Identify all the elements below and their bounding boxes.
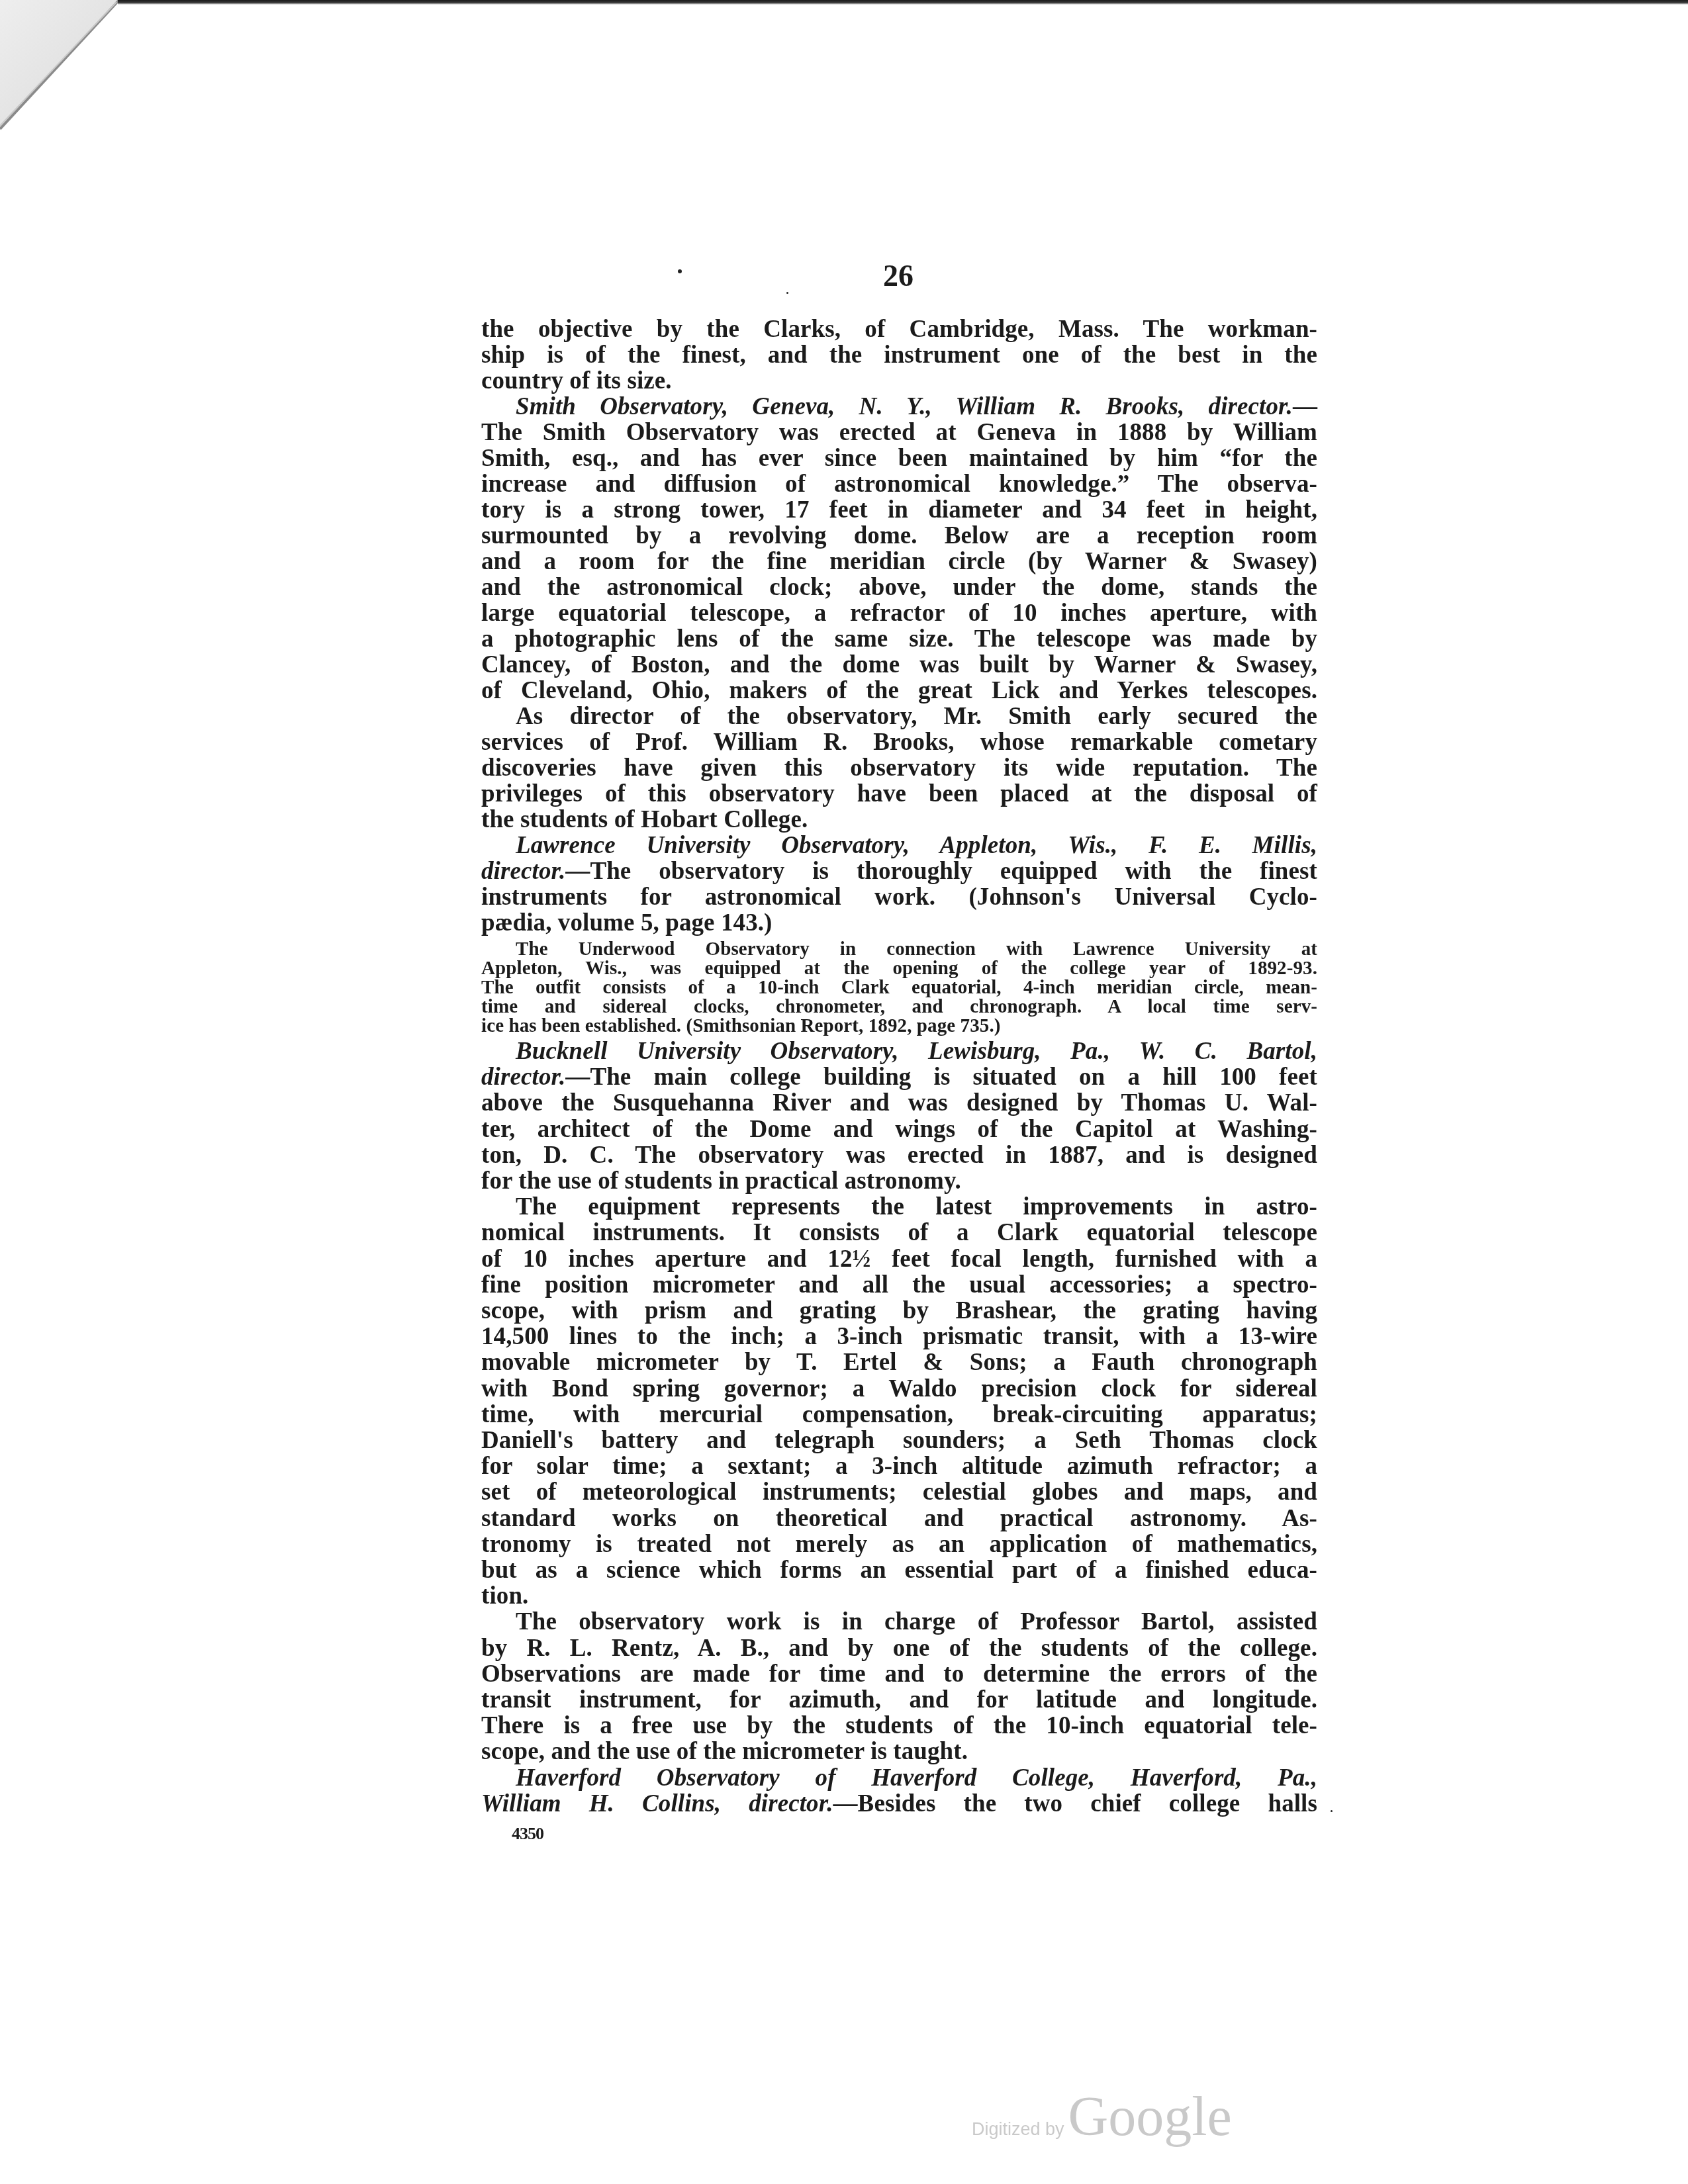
line-text: standard works on theoretical and practi… bbox=[481, 1505, 1317, 1532]
text-line: director.—The main college building is s… bbox=[481, 1064, 1317, 1090]
line-text: nomical instruments. It consists of a Cl… bbox=[481, 1219, 1317, 1246]
text-line: surmounted by a revolving dome. Below ar… bbox=[481, 523, 1317, 549]
text-line: The outfit consists of a 10-inch Clark e… bbox=[481, 978, 1317, 997]
line-text: increase and diffusion of astronomical k… bbox=[481, 471, 1317, 498]
line-text: movable micrometer by T. Ertel & Sons; a… bbox=[481, 1349, 1317, 1376]
line-text: The observatory work is in charge of Pro… bbox=[516, 1608, 1317, 1635]
line-text: tory is a strong tower, 17 feet in diame… bbox=[481, 496, 1317, 523]
line-text: and the astronomical clock; above, under… bbox=[481, 574, 1317, 601]
text-line: the students of Hobart College. bbox=[481, 807, 1317, 833]
google-logo-text: Google bbox=[1068, 2086, 1232, 2148]
line-text: the objective by the Clarks, of Cambridg… bbox=[481, 316, 1317, 343]
line-text: ice has been established. (Smithsonian R… bbox=[481, 1015, 1001, 1036]
text-line: and a room for the fine meridian circle … bbox=[481, 549, 1317, 574]
line-text: Daniell's battery and telegraph sounders… bbox=[481, 1427, 1317, 1454]
text-line: ter, architect of the Dome and wings of … bbox=[481, 1116, 1317, 1142]
line-text: Smith, esq., and has ever since been mai… bbox=[481, 445, 1317, 472]
text-line: Appleton, Wis., was equipped at the open… bbox=[481, 959, 1317, 978]
italic-heading: Lawrence University Observatory, Appleto… bbox=[516, 832, 1317, 859]
line-text: 14,500 lines to the inch; a 3-inch prism… bbox=[481, 1323, 1317, 1350]
line-text: large equatorial telescope, a refractor … bbox=[481, 600, 1317, 627]
digitized-by-google-watermark: Digitized byGoogle bbox=[972, 2085, 1232, 2149]
text-line: There is a free use by the students of t… bbox=[481, 1713, 1317, 1739]
text-line: ton, D. C. The observatory was erected i… bbox=[481, 1142, 1317, 1168]
text-line: Smith, esq., and has ever since been mai… bbox=[481, 445, 1317, 471]
text-line: above the Susquehanna River and was desi… bbox=[481, 1090, 1317, 1116]
text-line: Lawrence University Observatory, Appleto… bbox=[516, 833, 1317, 858]
text-line: time, with mercurial compensation, break… bbox=[481, 1402, 1317, 1428]
scan-speck bbox=[1331, 1810, 1333, 1812]
scan-speck bbox=[786, 292, 788, 294]
line-text: and a room for the fine meridian circle … bbox=[481, 548, 1317, 575]
page-number: 26 bbox=[883, 258, 914, 293]
line-text: There is a free use by the students of t… bbox=[481, 1712, 1317, 1739]
italic-heading: director. bbox=[481, 858, 565, 885]
text-line: services of Prof. William R. Brooks, who… bbox=[481, 729, 1317, 755]
text-line: ship is of the finest, and the instrumen… bbox=[481, 342, 1317, 368]
text-line: transit instrument, for azimuth, and for… bbox=[481, 1687, 1317, 1713]
line-text: but as a science which forms an essentia… bbox=[481, 1557, 1317, 1584]
line-text: ter, architect of the Dome and wings of … bbox=[481, 1116, 1317, 1143]
text-line: ice has been established. (Smithsonian R… bbox=[481, 1017, 1317, 1036]
line-text: Clancey, of Boston, and the dome was bui… bbox=[481, 651, 1317, 678]
text-line: movable micrometer by T. Ertel & Sons; a… bbox=[481, 1349, 1317, 1375]
text-line: instruments for astronomical work. (John… bbox=[481, 884, 1317, 910]
line-text: The Underwood Observatory in connection … bbox=[516, 938, 1317, 960]
line-text: — bbox=[1293, 393, 1317, 420]
text-line: The Underwood Observatory in connection … bbox=[516, 940, 1317, 959]
line-text: scope, with prism and grating by Brashea… bbox=[481, 1297, 1317, 1324]
text-line: Smith Observatory, Geneva, N. Y., Willia… bbox=[516, 394, 1317, 420]
text-line: by R. L. Rentz, A. B., and by one of the… bbox=[481, 1635, 1317, 1661]
text-line: As director of the observatory, Mr. Smit… bbox=[516, 704, 1317, 729]
line-text: surmounted by a revolving dome. Below ar… bbox=[481, 522, 1317, 549]
text-line: William H. Collins, director.—Besides th… bbox=[481, 1791, 1317, 1817]
text-line: increase and diffusion of astronomical k… bbox=[481, 471, 1317, 497]
text-line: of Cleveland, Ohio, makers of the great … bbox=[481, 678, 1317, 704]
line-text: country of its size. bbox=[481, 367, 672, 394]
text-line: and the astronomical clock; above, under… bbox=[481, 574, 1317, 600]
text-line: a photographic lens of the same size. Th… bbox=[481, 626, 1317, 652]
text-line: discoveries have given this observatory … bbox=[481, 755, 1317, 781]
line-text: The equipment represents the latest impr… bbox=[516, 1193, 1317, 1220]
italic-heading: director. bbox=[481, 1064, 565, 1091]
italic-heading: Haverford Observatory of Haverford Colle… bbox=[516, 1764, 1317, 1792]
text-line: privileges of this observatory have been… bbox=[481, 781, 1317, 807]
italic-heading: William H. Collins, director. bbox=[481, 1790, 833, 1817]
line-text: ton, D. C. The observatory was erected i… bbox=[481, 1142, 1317, 1169]
text-line: large equatorial telescope, a refractor … bbox=[481, 600, 1317, 626]
text-line: tion. bbox=[481, 1583, 1317, 1609]
line-text: The outfit consists of a 10-inch Clark e… bbox=[481, 977, 1317, 998]
line-text: of 10 inches aperture and 12½ feet focal… bbox=[481, 1246, 1317, 1273]
text-line: Clancey, of Boston, and the dome was bui… bbox=[481, 652, 1317, 678]
folded-corner-icon bbox=[0, 0, 132, 139]
line-text: —Besides the two chief college halls bbox=[833, 1790, 1318, 1817]
line-text: pædia, volume 5, page 143.) bbox=[481, 909, 773, 936]
line-text: services of Prof. William R. Brooks, who… bbox=[481, 729, 1317, 756]
line-text: a photographic lens of the same size. Th… bbox=[481, 625, 1317, 653]
line-text: The Smith Observatory was erected at Gen… bbox=[481, 419, 1317, 446]
page-top-edge bbox=[118, 0, 1688, 5]
line-text: with Bond spring governor; a Waldo preci… bbox=[481, 1375, 1317, 1402]
text-line: of 10 inches aperture and 12½ feet focal… bbox=[481, 1246, 1317, 1272]
line-text: tion. bbox=[481, 1582, 528, 1610]
text-line: for the use of students in practical ast… bbox=[481, 1168, 1317, 1194]
italic-heading: Smith Observatory, Geneva, N. Y., Willia… bbox=[516, 393, 1293, 420]
text-line: Observations are made for time and to de… bbox=[481, 1661, 1317, 1687]
line-text: time, with mercurial compensation, break… bbox=[481, 1401, 1317, 1428]
text-line: The equipment represents the latest impr… bbox=[516, 1194, 1317, 1220]
italic-heading: Bucknell University Observatory, Lewisbu… bbox=[516, 1038, 1317, 1065]
scanned-page: 26 the objective by the Clarks, of Cambr… bbox=[0, 0, 1688, 2184]
line-text: As director of the observatory, Mr. Smit… bbox=[516, 703, 1317, 730]
text-line: scope, and the use of the micrometer is … bbox=[481, 1739, 1317, 1764]
text-line: Bucknell University Observatory, Lewisbu… bbox=[516, 1038, 1317, 1064]
scan-speck bbox=[678, 269, 682, 273]
signature-mark: 4350 bbox=[512, 1824, 543, 1844]
text-line: but as a science which forms an essentia… bbox=[481, 1557, 1317, 1583]
line-text: instruments for astronomical work. (John… bbox=[481, 884, 1317, 911]
text-line: Haverford Observatory of Haverford Colle… bbox=[516, 1765, 1317, 1791]
line-text: —The main college building is situated o… bbox=[565, 1064, 1317, 1091]
line-text: transit instrument, for azimuth, and for… bbox=[481, 1686, 1317, 1713]
text-line: set of meteorological instruments; celes… bbox=[481, 1479, 1317, 1505]
text-line: director.—The observatory is thoroughly … bbox=[481, 858, 1317, 884]
line-text: fine position micrometer and all the usu… bbox=[481, 1271, 1317, 1298]
line-text: by R. L. Rentz, A. B., and by one of the… bbox=[481, 1635, 1317, 1662]
text-line: the objective by the Clarks, of Cambridg… bbox=[481, 316, 1317, 342]
line-text: discoveries have given this observatory … bbox=[481, 754, 1317, 782]
line-text: tronomy is treated not merely as an appl… bbox=[481, 1531, 1317, 1558]
line-text: privileges of this observatory have been… bbox=[481, 780, 1317, 807]
line-text: of Cleveland, Ohio, makers of the great … bbox=[481, 677, 1317, 704]
text-line: tory is a strong tower, 17 feet in diame… bbox=[481, 497, 1317, 523]
text-line: country of its size. bbox=[481, 368, 1317, 394]
line-text: —The observatory is thoroughly equipped … bbox=[565, 858, 1317, 885]
line-text: Observations are made for time and to de… bbox=[481, 1661, 1317, 1688]
line-text: scope, and the use of the micrometer is … bbox=[481, 1738, 968, 1765]
line-text: the students of Hobart College. bbox=[481, 806, 808, 833]
line-text: set of meteorological instruments; celes… bbox=[481, 1479, 1317, 1506]
line-text: above the Susquehanna River and was desi… bbox=[481, 1089, 1317, 1116]
text-line: The Smith Observatory was erected at Gen… bbox=[481, 420, 1317, 445]
text-line: Daniell's battery and telegraph sounders… bbox=[481, 1428, 1317, 1453]
text-line: time and sidereal clocks, chronometer, a… bbox=[481, 997, 1317, 1017]
line-text: for the use of students in practical ast… bbox=[481, 1167, 961, 1195]
line-text: Appleton, Wis., was equipped at the open… bbox=[481, 958, 1317, 979]
text-line: pædia, volume 5, page 143.) bbox=[481, 910, 1317, 936]
line-text: time and sidereal clocks, chronometer, a… bbox=[481, 996, 1317, 1017]
text-line: nomical instruments. It consists of a Cl… bbox=[481, 1220, 1317, 1246]
line-text: for solar time; a sextant; a 3-inch alti… bbox=[481, 1453, 1317, 1480]
text-line: with Bond spring governor; a Waldo preci… bbox=[481, 1376, 1317, 1402]
text-line: 14,500 lines to the inch; a 3-inch prism… bbox=[481, 1324, 1317, 1349]
watermark-prefix: Digitized by bbox=[972, 2119, 1064, 2139]
text-line: standard works on theoretical and practi… bbox=[481, 1506, 1317, 1531]
text-line: scope, with prism and grating by Brashea… bbox=[481, 1298, 1317, 1324]
line-text: ship is of the finest, and the instrumen… bbox=[481, 341, 1317, 369]
text-line: fine position micrometer and all the usu… bbox=[481, 1272, 1317, 1298]
text-line: for solar time; a sextant; a 3-inch alti… bbox=[481, 1453, 1317, 1479]
text-line: The observatory work is in charge of Pro… bbox=[516, 1609, 1317, 1635]
text-line: tronomy is treated not merely as an appl… bbox=[481, 1531, 1317, 1557]
